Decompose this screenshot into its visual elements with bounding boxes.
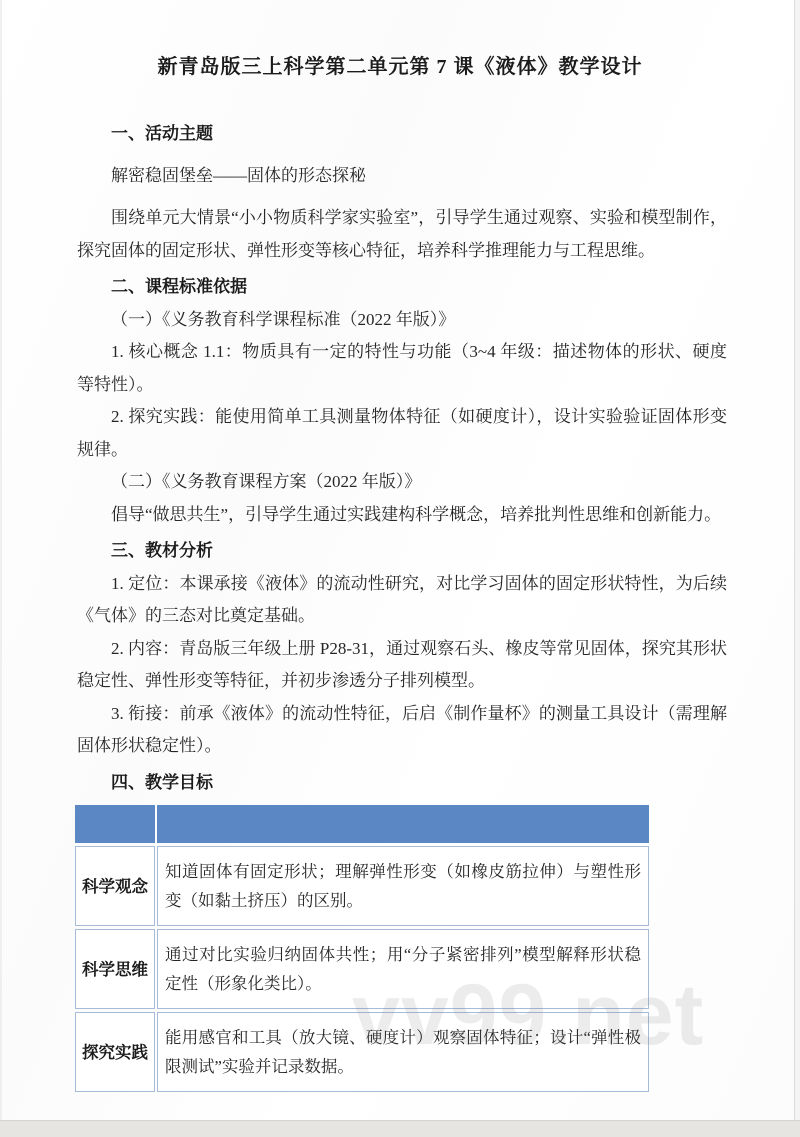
objective-description-cell: 通过对比实验归纳固体共性；用“分子紧密排列”模型解释形状稳定性（形象化类比）。	[157, 929, 649, 1009]
activity-theme-line: 解密稳固堡垒——固体的形态探秘	[77, 160, 727, 193]
document-title: 新青岛版三上科学第二单元第 7 课《液体》教学设计	[75, 52, 725, 82]
objective-category-cell: 科学思维	[75, 929, 155, 1009]
table-header-cell-category	[75, 805, 155, 843]
objective-category-cell: 科学观念	[75, 846, 155, 926]
paragraph: 围绕单元大情景“小小物质科学家实验室”，引导学生通过观察、实验和模型制作，探究固…	[77, 202, 727, 267]
objective-description-cell: 知道固体有固定形状；理解弹性形变（如橡皮筋拉伸）与塑性形变（如黏土挤压）的区别。	[157, 846, 649, 926]
table-row: 科学思维 通过对比实验归纳固体共性；用“分子紧密排列”模型解释形状稳定性（形象化…	[75, 929, 649, 1009]
table-header-cell-description	[157, 805, 649, 843]
table-row: 科学观念 知道固体有固定形状；理解弹性形变（如橡皮筋拉伸）与塑性形变（如黏土挤压…	[75, 846, 649, 926]
paragraph: 1. 定位：本课承接《液体》的流动性研究，对比学习固体的固定形状特性，为后续《气…	[77, 568, 727, 633]
paragraph: 倡导“做思共生”，引导学生通过实践建构科学概念，培养批判性思维和创新能力。	[77, 499, 727, 532]
document-page: 新青岛版三上科学第二单元第 7 课《液体》教学设计 一、活动主题 解密稳固堡垒—…	[0, 0, 800, 1120]
paragraph: 2. 内容：青岛版三年级上册 P28-31，通过观察石头、橡皮等常见固体，探究其…	[77, 633, 727, 698]
paragraph: （一）《义务教育科学课程标准（2022 年版）》	[77, 304, 727, 337]
paragraph: 3. 衔接：前承《液体》的流动性特征，后启《制作量杯》的测量工具设计（需理解固体…	[77, 698, 727, 763]
table-row: 探究实践 能用感官和工具（放大镜、硬度计）观察固体特征；设计“弹性极限测试”实验…	[75, 1012, 649, 1092]
section-heading-4: 四、教学目标	[77, 767, 727, 800]
objective-description-cell: 能用感官和工具（放大镜、硬度计）观察固体特征；设计“弹性极限测试”实验并记录数据…	[157, 1012, 649, 1092]
paragraph: 2. 探究实践：能使用简单工具测量物体特征（如硬度计），设计实验验证固体形变规律…	[77, 401, 727, 466]
section-heading-3: 三、教材分析	[77, 535, 727, 568]
document-body: 一、活动主题 解密稳固堡垒——固体的形态探秘 围绕单元大情景“小小物质科学家实验…	[77, 118, 727, 799]
paragraph: （二）《义务教育课程方案（2022 年版）》	[77, 466, 727, 499]
page-separator	[0, 1120, 800, 1137]
table-header-row	[75, 805, 649, 843]
page-edge-right	[794, 0, 800, 1122]
objective-category-cell: 探究实践	[75, 1012, 155, 1092]
page-edge-left	[0, 0, 2, 1122]
section-heading-2: 二、课程标准依据	[77, 271, 727, 304]
paragraph: 1. 核心概念 1.1：物质具有一定的特性与功能（3~4 年级：描述物体的形状、…	[77, 336, 727, 401]
section-heading-1: 一、活动主题	[77, 118, 727, 151]
teaching-objectives-table: 科学观念 知道固体有固定形状；理解弹性形变（如橡皮筋拉伸）与塑性形变（如黏土挤压…	[73, 802, 651, 1095]
